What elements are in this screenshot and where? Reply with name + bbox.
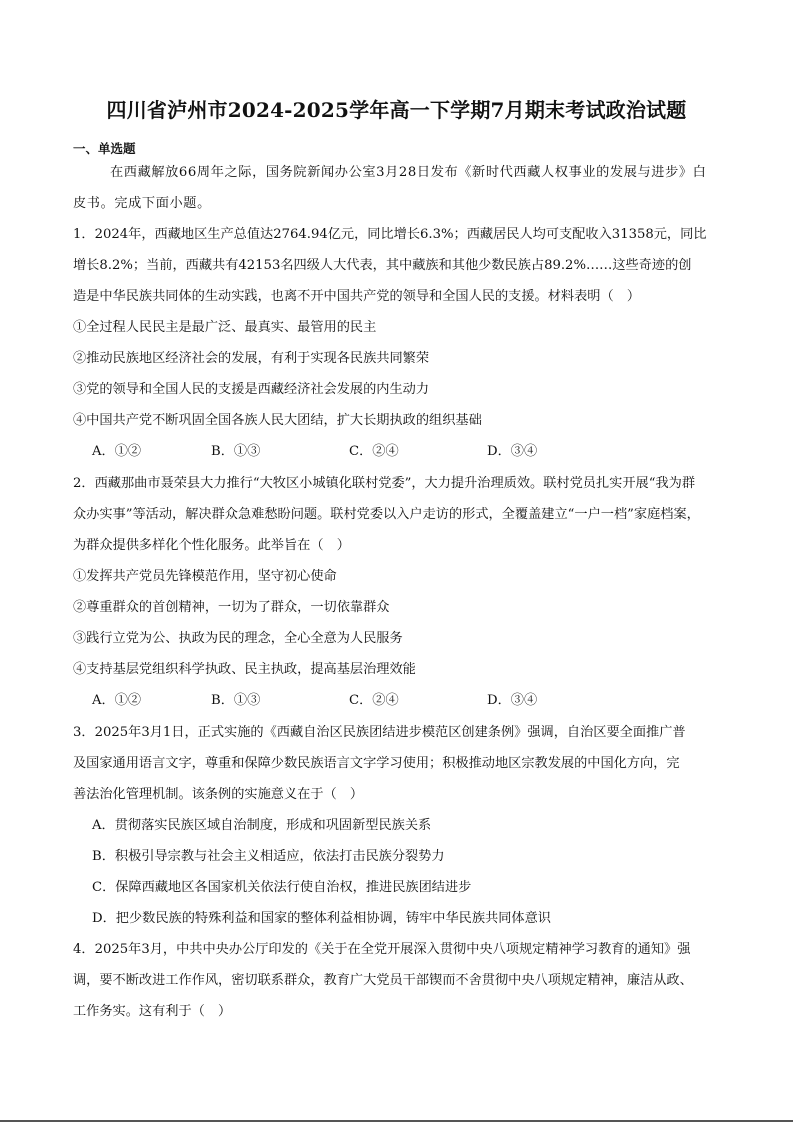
option-d: D．③④: [487, 443, 537, 461]
statement: ②推动民族地区经济社会的发展，有利于实现各民族共同繁荣: [73, 350, 429, 368]
question-stem-line: 工作务实。这有利于（ ）: [73, 1003, 231, 1021]
question-stem-line: 2．西藏那曲市聂荣县大力推行“大牧区小城镇化联村党委”，大力提升治理质效。联村党…: [73, 475, 695, 493]
document-title: 四川省泸州市2024-2025学年高一下学期7月期末考试政治试题: [0, 96, 793, 124]
question-stem-line: 增长8.2%；当前，西藏共有42153名四级人大代表，其中藏族和其他少数民族占8…: [73, 257, 691, 275]
statement: ①发挥共产党员先锋模范作用，坚守初心使命: [73, 568, 337, 586]
question-stem-line: 众办实事”等活动，解决群众急难愁盼问题。联村党委以入户走访的形式，全覆盖建立“一…: [73, 506, 700, 524]
option-c: C．保障西藏地区各国家机关依法行使自治权，推进民族团结进步: [92, 879, 471, 897]
option-c: C．②④: [349, 443, 399, 461]
statement: ④支持基层党组织科学执政、民主执政，提高基层治理效能: [73, 661, 416, 679]
option-d: D．把少数民族的特殊利益和国家的整体利益相协调，铸牢中华民族共同体意识: [92, 910, 551, 928]
option-d: D．③④: [487, 692, 537, 710]
exam-page: 四川省泸州市2024-2025学年高一下学期7月期末考试政治试题 一、单选题 在…: [0, 0, 793, 1122]
question-stem-line: 造是中华民族共同体的生动实践，也离不开中国共产党的领导和全国人民的支援。材料表明…: [73, 288, 640, 306]
question-stem-line: 善法治化管理机制。该条例的实施意义在于（ ）: [73, 786, 363, 804]
intro-line: 在西藏解放66周年之际，国务院新闻办公室3月28日发布《新时代西藏人权事业的发展…: [110, 164, 706, 182]
statement: ④中国共产党不断巩固全国各族人民大团结，扩大长期执政的组织基础: [73, 412, 482, 430]
question-stem-line: 4．2025年3月，中共中央办公厅印发的《关于在全党开展深入贯彻中央八项规定精神…: [73, 941, 690, 959]
statement: ②尊重群众的首创精神，一切为了群众，一切依靠群众: [73, 599, 390, 617]
question-stem-line: 1．2024年，西藏地区生产总值达2764.94亿元，同比增长6.3%；西藏居民…: [73, 226, 707, 244]
option-b: B．①③: [211, 692, 260, 710]
option-c: C．②④: [349, 692, 399, 710]
question-stem-line: 为群众提供多样化个性化服务。此举旨在（ ）: [73, 537, 350, 555]
section-heading: 一、单选题: [73, 139, 136, 157]
option-b: B．①③: [211, 443, 260, 461]
option-a: A．①②: [92, 443, 141, 461]
statement: ①全过程人民民主是最广泛、最真实、最管用的民主: [73, 319, 376, 337]
question-stem-line: 及国家通用语言文字，尊重和保障少数民族语言文字学习使用；积极推动地区宗教发展的中…: [73, 755, 680, 773]
statement: ③党的领导和全国人民的支援是西藏经济社会发展的内生动力: [73, 381, 429, 399]
option-b: B．积极引导宗教与社会主义相适应，依法打击民族分裂势力: [92, 848, 445, 866]
question-stem-line: 调，要不断改进工作作风，密切联系群众，教育广大党员干部锲而不舍贯彻中央八项规定精…: [73, 972, 693, 990]
statement: ③践行立党为公、执政为民的理念，全心全意为人民服务: [73, 630, 403, 648]
option-a: A．①②: [92, 692, 141, 710]
question-stem-line: 3．2025年3月1日，正式实施的《西藏自治区民族团结进步模范区创建条例》强调，…: [73, 724, 686, 742]
option-a: A．贯彻落实民族区域自治制度，形成和巩固新型民族关系: [92, 817, 431, 835]
intro-line: 皮书。完成下面小题。: [73, 195, 211, 213]
